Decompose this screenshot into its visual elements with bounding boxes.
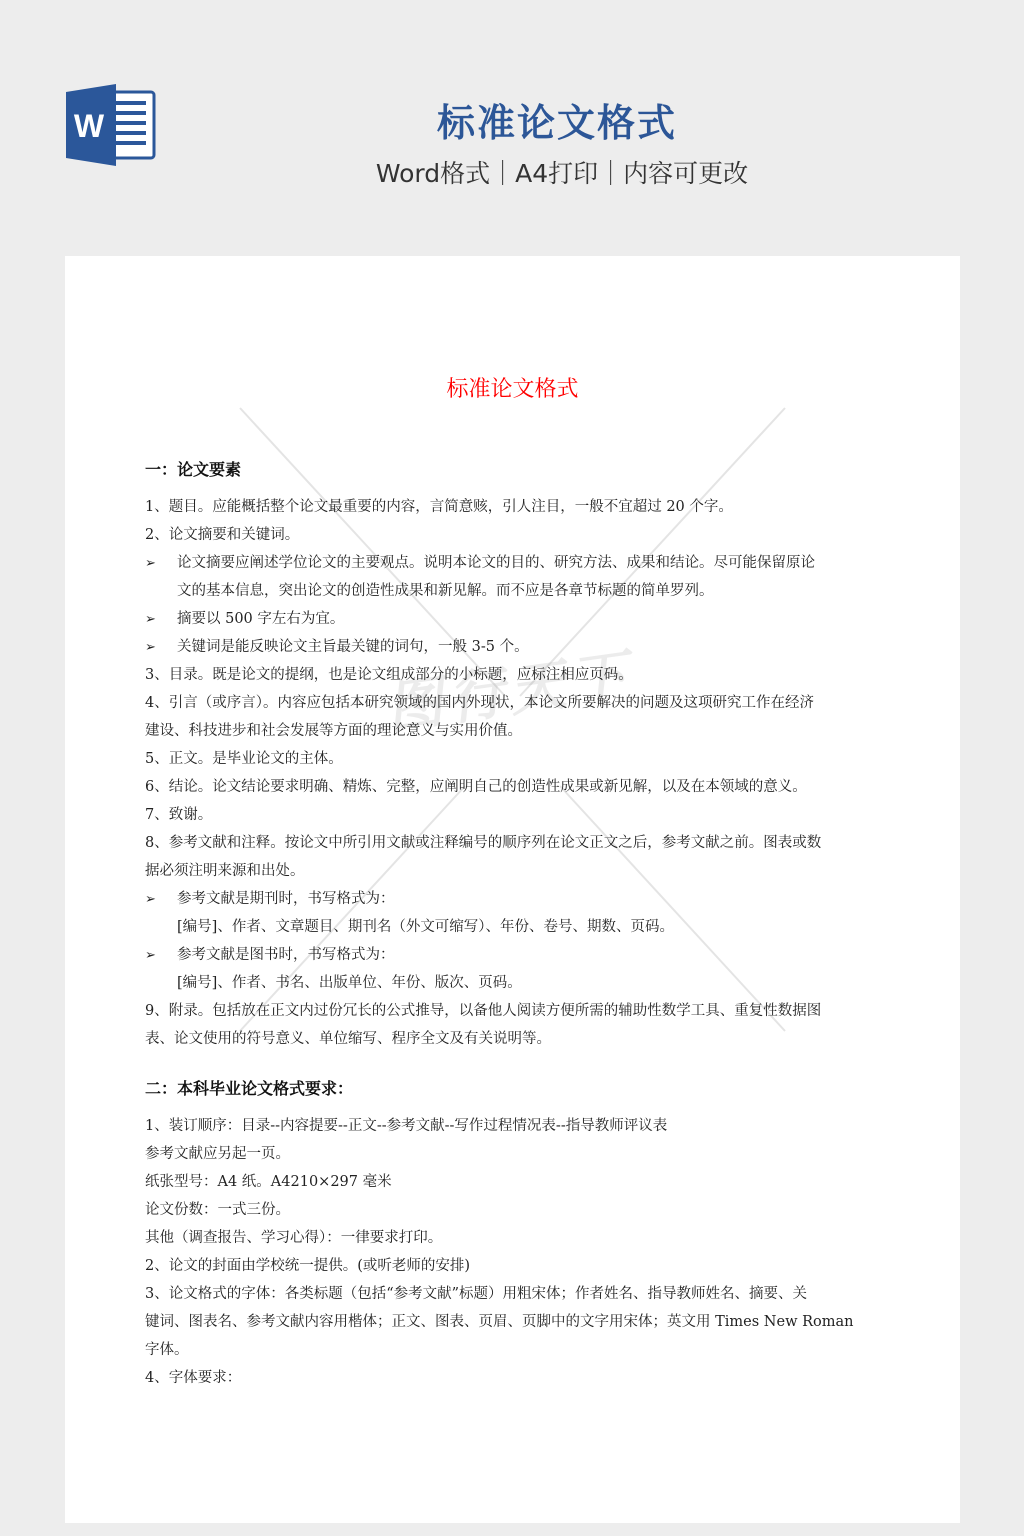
line-text: 7、致谢。 xyxy=(145,807,212,823)
line-text: 参考文献是图书时，书写格式为： xyxy=(177,947,395,963)
arrow-bullet-icon: ➢ xyxy=(145,886,177,914)
line-text: 参考文献是期刊时，书写格式为： xyxy=(177,891,395,907)
section-1-lines: 1、题目。应能概括整个论文最重要的内容，言简意赅，引人注目，一般不宜超过 20 … xyxy=(145,493,880,1053)
line-text: 6、结论。论文结论要求明确、精炼、完整，应阐明自己的创造性成果或新见解，以及在本… xyxy=(145,779,807,795)
bullet-item: ➢关键词是能反映论文主旨最关键的词句，一般 3-5 个。 xyxy=(145,633,880,661)
paragraph-line: 6、结论。论文结论要求明确、精炼、完整，应阐明自己的创造性成果或新见解，以及在本… xyxy=(145,773,880,801)
paragraph-line: [编号]、作者、书名、出版单位、年份、版次、页码。 xyxy=(145,969,880,997)
line-text: 3、论文格式的字体：各类标题（包括“参考文献”标题）用粗宋体；作者姓名、指导教师… xyxy=(145,1286,807,1302)
paragraph-line: 参考文献应另起一页。 xyxy=(145,1140,880,1168)
arrow-bullet-icon: ➢ xyxy=(145,942,177,970)
line-text: 其他（调查报告、学习心得）：一律要求打印。 xyxy=(145,1230,442,1246)
line-text: 关键词是能反映论文主旨最关键的词句，一般 3-5 个。 xyxy=(177,639,529,655)
section-heading: 一：论文要素 xyxy=(145,456,880,484)
paragraph-line: [编号]、作者、文章题目、期刊名（外文可缩写）、年份、卷号、期数、页码。 xyxy=(145,913,880,941)
arrow-bullet-icon: ➢ xyxy=(145,550,177,578)
paragraph-line: 论文份数：一式三份。 xyxy=(145,1196,880,1224)
line-text: 4、字体要求： xyxy=(145,1370,241,1386)
arrow-bullet-icon: ➢ xyxy=(145,606,177,634)
line-text: 建设、科技进步和社会发展等方面的理论意义与实用价值。 xyxy=(145,723,522,739)
paragraph-line: 字体。 xyxy=(145,1336,880,1364)
paragraph-line: 7、致谢。 xyxy=(145,801,880,829)
paragraph-line: 1、题目。应能概括整个论文最重要的内容，言简意赅，引人注目，一般不宜超过 20 … xyxy=(145,493,880,521)
paragraph-line: 表、论文使用的符号意义、单位缩写、程序全文及有关说明等。 xyxy=(145,1025,880,1053)
paragraph-line: 纸张型号：A4 纸。A4210×297 毫米 xyxy=(145,1168,880,1196)
line-text: 表、论文使用的符号意义、单位缩写、程序全文及有关说明等。 xyxy=(145,1031,551,1047)
line-text: 1、题目。应能概括整个论文最重要的内容，言简意赅，引人注目，一般不宜超过 20 … xyxy=(145,499,733,515)
line-text: 2、论文的封面由学校统一提供。(或听老师的安排) xyxy=(145,1258,470,1274)
document-title: 标准论文格式 xyxy=(65,372,960,403)
line-text: 字体。 xyxy=(145,1342,189,1358)
banner-subtitle: Word格式｜A4打印｜内容可更改 xyxy=(0,154,1024,190)
section-heading: 二：本科毕业论文格式要求： xyxy=(145,1075,880,1103)
arrow-bullet-icon: ➢ xyxy=(145,634,177,662)
paragraph-line: 4、引言（或序言）。内容应包括本研究领域的国内外现状，本论文所要解决的问题及这项… xyxy=(145,689,880,717)
paragraph-line: 键词、图表名、参考文献内容用楷体；正文、图表、页眉、页脚中的文字用宋体；英文用 … xyxy=(145,1308,880,1336)
paragraph-line: 1、装订顺序：目录--内容提要--正文--参考文献--写作过程情况表--指导教师… xyxy=(145,1112,880,1140)
bullet-item: ➢摘要以 500 字左右为宜。 xyxy=(145,605,880,633)
line-text: 论文摘要应阐述学位论文的主要观点。说明本论文的目的、研究方法、成果和结论。尽可能… xyxy=(177,555,815,571)
line-text: [编号]、作者、书名、出版单位、年份、版次、页码。 xyxy=(177,975,522,991)
line-text: 4、引言（或序言）。内容应包括本研究领域的国内外现状，本论文所要解决的问题及这项… xyxy=(145,695,814,711)
paragraph-line: 5、正文。是毕业论文的主体。 xyxy=(145,745,880,773)
document-page: 图行天下 标准论文格式 一：论文要素 1、题目。应能概括整个论文最重要的内容，言… xyxy=(65,256,960,1523)
paragraph-line: 3、目录。既是论文的提纲，也是论文组成部分的小标题，应标注相应页码。 xyxy=(145,661,880,689)
line-text: 8、参考文献和注释。按论文中所引用文献或注释编号的顺序列在论文正文之后，参考文献… xyxy=(145,835,821,851)
paragraph-line: 9、附录。包括放在正文内过份冗长的公式推导，以备他人阅读方便所需的辅助性数学工具… xyxy=(145,997,880,1025)
paragraph-line: 文的基本信息，突出论文的创造性成果和新见解。而不应是各章节标题的简单罗列。 xyxy=(145,577,880,605)
paragraph-line: 2、论文摘要和关键词。 xyxy=(145,521,880,549)
paragraph-line: 8、参考文献和注释。按论文中所引用文献或注释编号的顺序列在论文正文之后，参考文献… xyxy=(145,829,880,857)
document-body: 一：论文要素 1、题目。应能概括整个论文最重要的内容，言简意赅，引人注目，一般不… xyxy=(145,456,880,1392)
bullet-item: ➢参考文献是图书时，书写格式为： xyxy=(145,941,880,969)
paragraph-line: 其他（调查报告、学习心得）：一律要求打印。 xyxy=(145,1224,880,1252)
line-text: 论文份数：一式三份。 xyxy=(145,1202,290,1218)
line-text: 3、目录。既是论文的提纲，也是论文组成部分的小标题，应标注相应页码。 xyxy=(145,667,633,683)
paragraph-line: 建设、科技进步和社会发展等方面的理论意义与实用价值。 xyxy=(145,717,880,745)
line-text: 摘要以 500 字左右为宜。 xyxy=(177,611,344,627)
line-text: 参考文献应另起一页。 xyxy=(145,1146,290,1162)
line-text: 2、论文摘要和关键词。 xyxy=(145,527,299,543)
line-text: 5、正文。是毕业论文的主体。 xyxy=(145,751,343,767)
line-text: [编号]、作者、文章题目、期刊名（外文可缩写）、年份、卷号、期数、页码。 xyxy=(177,919,674,935)
section-2-lines: 1、装订顺序：目录--内容提要--正文--参考文献--写作过程情况表--指导教师… xyxy=(145,1112,880,1392)
line-text: 文的基本信息，突出论文的创造性成果和新见解。而不应是各章节标题的简单罗列。 xyxy=(177,583,714,599)
line-text: 1、装订顺序：目录--内容提要--正文--参考文献--写作过程情况表--指导教师… xyxy=(145,1118,667,1134)
paragraph-line: 2、论文的封面由学校统一提供。(或听老师的安排) xyxy=(145,1252,880,1280)
paragraph-line: 3、论文格式的字体：各类标题（包括“参考文献”标题）用粗宋体；作者姓名、指导教师… xyxy=(145,1280,880,1308)
line-text: 据必须注明来源和出处。 xyxy=(145,863,305,879)
bullet-item: ➢参考文献是期刊时，书写格式为： xyxy=(145,885,880,913)
line-text: 纸张型号：A4 纸。A4210×297 毫米 xyxy=(145,1174,392,1190)
paragraph-line: 4、字体要求： xyxy=(145,1364,880,1392)
banner-title: 标准论文格式 xyxy=(0,92,1024,147)
line-text: 键词、图表名、参考文献内容用楷体；正文、图表、页眉、页脚中的文字用宋体；英文用 … xyxy=(145,1314,853,1330)
bullet-item: ➢论文摘要应阐述学位论文的主要观点。说明本论文的目的、研究方法、成果和结论。尽可… xyxy=(145,549,880,577)
paragraph-line: 据必须注明来源和出处。 xyxy=(145,857,880,885)
line-text: 9、附录。包括放在正文内过份冗长的公式推导，以备他人阅读方便所需的辅助性数学工具… xyxy=(145,1003,821,1019)
